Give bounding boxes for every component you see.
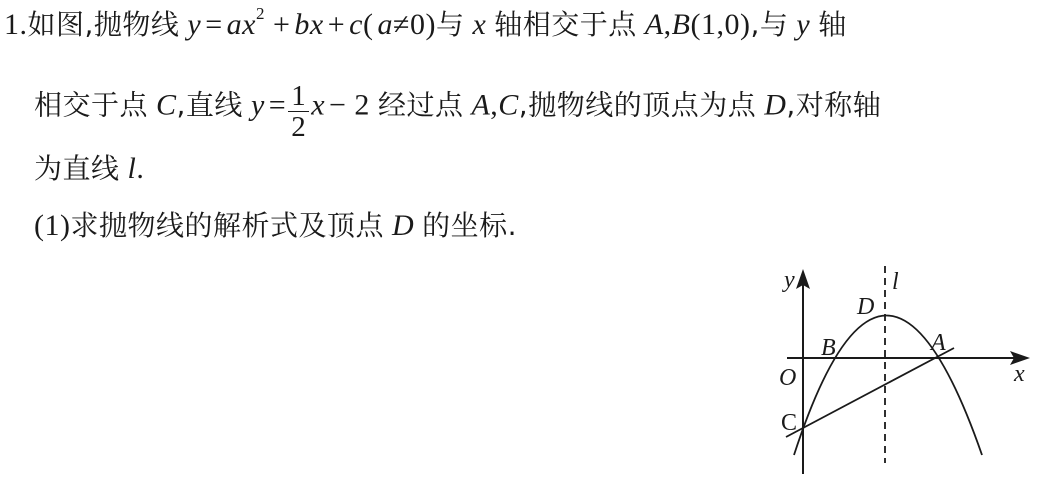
label-A: A xyxy=(929,330,946,356)
math-not-zero: ≠0 xyxy=(393,8,425,41)
problem-line-2: 相交于点C,直线y=12x− 2经过点A,C,抛物线的顶点为点D,对称轴 xyxy=(34,76,881,137)
label-l: l xyxy=(892,269,899,295)
point-B-coords: (1,0) xyxy=(690,8,750,41)
period: . xyxy=(136,152,144,185)
fraction-denominator: 2 xyxy=(288,112,309,142)
label-B: B xyxy=(821,335,836,361)
point-C: C xyxy=(498,89,519,122)
point-D: D xyxy=(392,209,414,242)
math-bx: bx xyxy=(294,8,323,41)
problem-line-1: 1.如图,抛物线y=ax2+bx+c(a≠0)与x轴相交于点A,B(1,0),与… xyxy=(4,6,847,43)
label-y-axis: y xyxy=(782,267,795,293)
label-origin: O xyxy=(779,365,796,391)
text: 与 xyxy=(436,8,465,41)
text: 求抛物线的解析式及顶点 xyxy=(70,209,384,242)
math-y: y xyxy=(251,89,265,122)
math-equals: = xyxy=(205,8,222,41)
point-A: A xyxy=(471,89,490,122)
text: ,对称轴 xyxy=(786,89,881,122)
text: 的坐标. xyxy=(422,209,517,242)
point-A: A xyxy=(645,8,664,41)
parabola-curve xyxy=(794,316,982,456)
fraction-one-half: 12 xyxy=(288,81,309,142)
paren-open: ( xyxy=(363,8,374,41)
question-part-1: (1)求抛物线的解析式及顶点D的坐标. xyxy=(34,207,517,244)
x-axis-arrow-icon xyxy=(1010,351,1030,365)
problem-line-3: 为直线l. xyxy=(34,150,144,187)
math-ax: ax xyxy=(227,8,256,41)
text: 为直线 xyxy=(34,152,120,185)
math-exponent: 2 xyxy=(256,4,265,23)
label-x-axis: x xyxy=(1013,361,1025,387)
point-C: C xyxy=(156,89,177,122)
math-c: c xyxy=(349,8,363,41)
y-axis-arrow-icon xyxy=(796,269,810,289)
text: ,与 xyxy=(750,8,788,41)
text: 经过点 xyxy=(378,89,464,122)
paren-close: ) xyxy=(425,8,436,41)
math-a: a xyxy=(377,8,393,41)
problem-number: 1. xyxy=(4,8,28,41)
math-x: x xyxy=(472,8,486,41)
math-plus: + xyxy=(273,8,290,41)
math-equals: = xyxy=(269,89,286,122)
line-AC xyxy=(786,348,954,437)
point-B: B xyxy=(672,8,691,41)
text: 轴 xyxy=(818,8,847,41)
math-minus-two: − 2 xyxy=(329,89,370,122)
label-D: D xyxy=(856,294,874,320)
text: ,直线 xyxy=(177,89,243,122)
math-y: y xyxy=(796,8,810,41)
fraction-numerator: 1 xyxy=(288,81,309,112)
math-x: x xyxy=(311,89,325,122)
label-C: C xyxy=(781,410,797,436)
math-y: y xyxy=(187,8,201,41)
text: 如图,抛物线 xyxy=(28,8,180,41)
math-plus: + xyxy=(328,8,345,41)
text: 轴相交于点 xyxy=(494,8,637,41)
text: ,抛物线的顶点为点 xyxy=(519,89,756,122)
text: 相交于点 xyxy=(34,89,148,122)
point-D: D xyxy=(764,89,786,122)
comma: , xyxy=(664,8,672,41)
part-label: (1) xyxy=(34,209,70,242)
